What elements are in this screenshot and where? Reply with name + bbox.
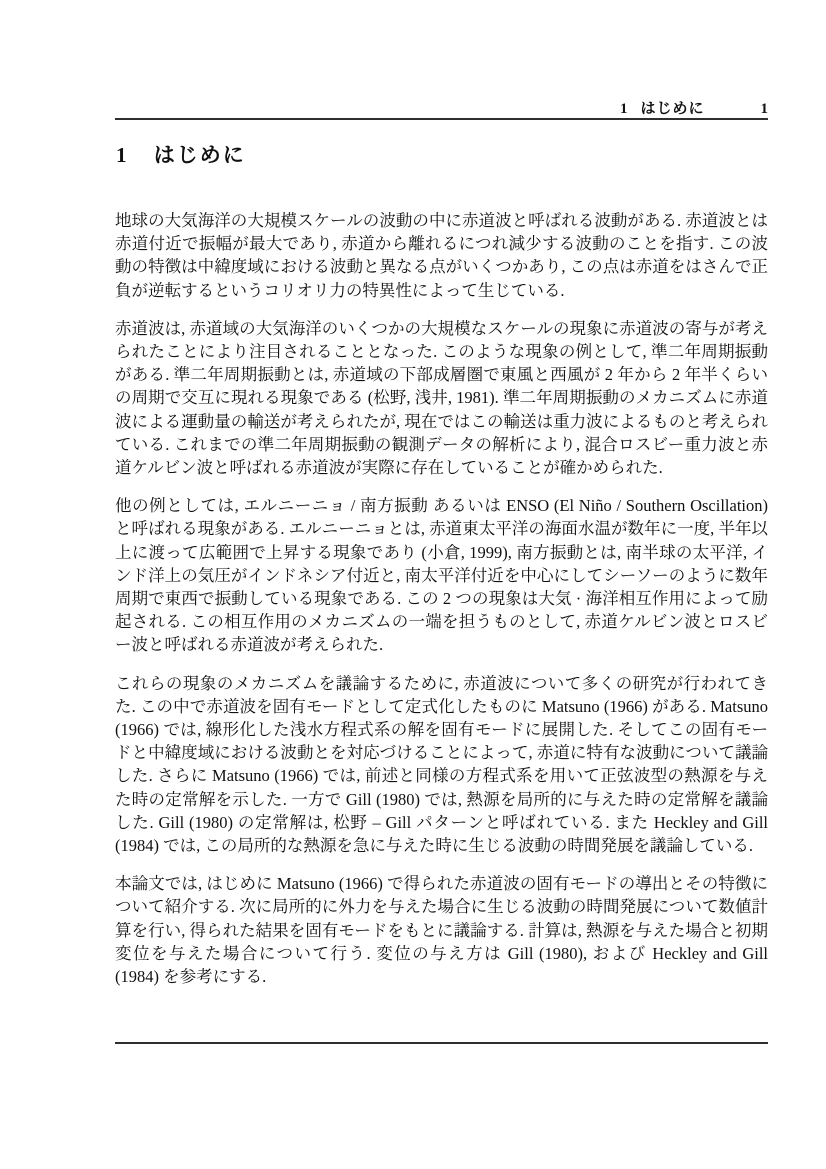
section-heading-title: はじめに (154, 144, 246, 167)
section-heading: 1 はじめに (116, 139, 246, 169)
paper-page: 1 はじめに 1 1 はじめに 地球の大気海洋の大規模スケールの波動の中に赤道波… (0, 0, 826, 1169)
paragraph: 地球の大気海洋の大規模スケールの波動の中に赤道波と呼ばれる波動がある. 赤道波と… (115, 209, 768, 302)
running-head: 1 はじめに 1 (115, 97, 768, 118)
footer-rule (115, 1042, 768, 1044)
paragraph: これらの現象のメカニズムを議論するために, 赤道波について多くの研究が行われてき… (115, 672, 768, 858)
running-head-section-title: はじめに (640, 97, 704, 118)
running-head-section-number: 1 (620, 101, 628, 118)
section-heading-number: 1 (116, 143, 127, 167)
paragraph: 赤道波は, 赤道域の大気海洋のいくつかの大規模なスケールの現象に赤道波の寄与が考… (115, 317, 768, 479)
running-head-page-number: 1 (761, 101, 769, 118)
paragraph: 本論文では, はじめに Matsuno (1966) で得られた赤道波の固有モー… (115, 872, 768, 988)
header-rule (115, 118, 768, 120)
body-text: 地球の大気海洋の大規模スケールの波動の中に赤道波と呼ばれる波動がある. 赤道波と… (115, 209, 768, 1003)
paragraph: 他の例としては, エルニーニョ / 南方振動 あるいは ENSO (El Niñ… (115, 494, 768, 656)
